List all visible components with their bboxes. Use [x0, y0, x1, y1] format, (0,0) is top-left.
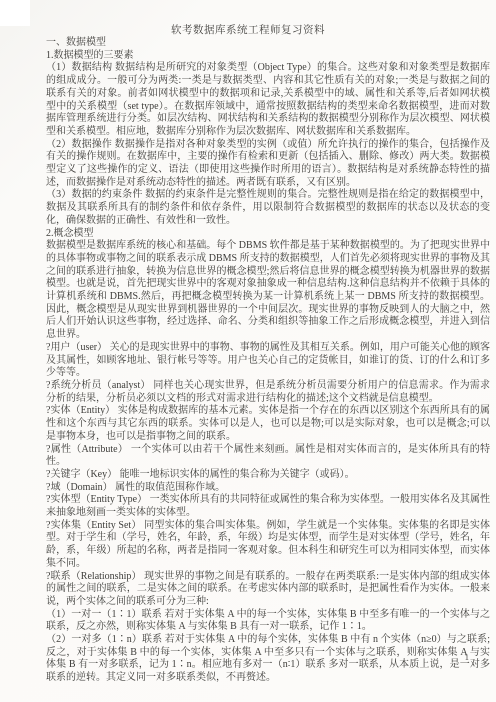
paragraph: ?联系（Relationship） 现实世界的事物之间是有联系的。一般存在两类联… [46, 571, 490, 609]
paragraph: （3）数据的约束条件 数据的约束条件是完整性规则的集合。完整性规则是指在给定的数… [46, 189, 490, 227]
paragraph: 2.概念模型 [46, 228, 490, 241]
document-page: 软考数据库系统工程师复习资料 一、数据模型1.数据模型的三要素（1）数据结构 数… [0, 0, 496, 702]
paragraph: （1）一对一（1∶1）联系 若对于实体集 A 中的每一个实体，实体集 B 中至多… [46, 609, 490, 634]
page-number: 1 [465, 652, 469, 662]
paragraph: 数据模型是数据库系统的核心和基础。每个 DBMS 软件都是基于某种数据模型的。为… [46, 240, 490, 342]
paragraph: （1）数据结构 数据结构是所研究的对象类型（Object Type）的集合。这些… [46, 62, 490, 138]
paragraph: ?用户（user） 关心的是现实世界中的事物、事物的属性及其相互关系。例如，用户… [46, 342, 490, 380]
paragraph: 一、数据模型 [46, 37, 490, 50]
paragraph: ?关键字（Key） 能唯一地标识实体的属性的集合称为关键字（或码）。 [46, 469, 490, 482]
paragraph: ?系统分析员（analyst） 同样也关心现实世界，但是系统分析员需要分析用户的… [46, 380, 490, 405]
document-body: 一、数据模型1.数据模型的三要素（1）数据结构 数据结构是所研究的对象类型（Ob… [46, 37, 490, 685]
paragraph: ?属性（Attribute） 一个实体可以由若干个属性来刻画。属性是相对实体而言… [46, 444, 490, 469]
paragraph: ?实体型（Entity Type） 一类实体所具有的共同特征或属性的集合称为实体… [46, 494, 490, 519]
document-title: 软考数据库系统工程师复习资料 [0, 22, 496, 37]
paragraph: ?域（Domain） 属性的取值范围称作域。 [46, 482, 490, 495]
paragraph: （2）一对多（1∶n）联系 若对于实体集 A 中的每个实体，实体集 B 中有 n… [46, 634, 490, 685]
paragraph: ?实体（Entity） 实体是构成数据库的基本元素。实体是指一个存在的东西以区别… [46, 405, 490, 443]
paragraph: 1.数据模型的三要素 [46, 50, 490, 63]
paragraph: （2）数据操作 数据操作是指对各种对象类型的实例（或值）所允许执行的操作的集合，… [46, 139, 490, 190]
paragraph: ?实体集（Entity Set） 同型实体的集合叫实体集。例如，学生就是一个实体… [46, 520, 490, 571]
